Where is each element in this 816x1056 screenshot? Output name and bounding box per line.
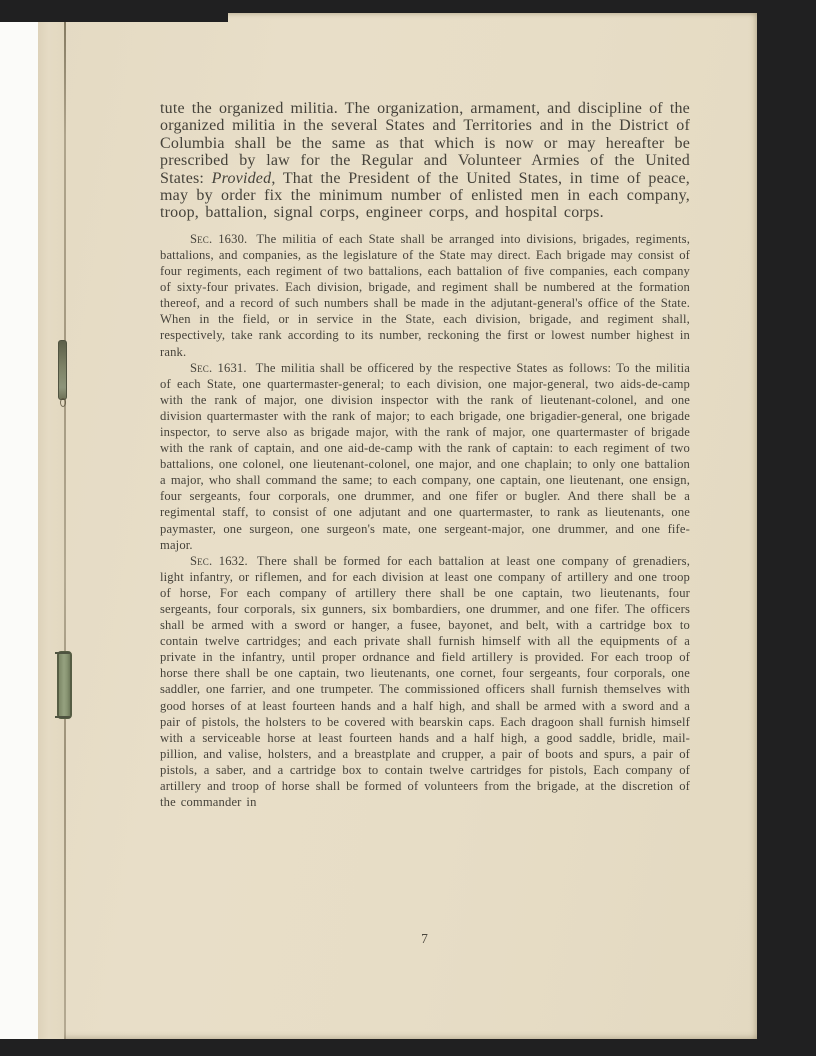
section-1632-paragraph: Sec. 1632.There shall be formed for each… — [160, 553, 690, 811]
intro-text-italic: Provided — [212, 170, 272, 187]
section-1630-paragraph: Sec. 1630.The militia of each State shal… — [160, 231, 690, 360]
section-1630-body: The militia of each State shall be arran… — [160, 232, 690, 359]
paragraph-intro: tute the organized militia. The organiza… — [160, 100, 690, 222]
section-1631-paragraph: Sec. 1631.The militia shall be officered… — [160, 360, 690, 553]
section-1632-body: There shall be formed for each battalion… — [160, 554, 690, 809]
scanner-frame-top-left-notch — [0, 0, 228, 22]
page-number: 7 — [160, 931, 690, 947]
section-1630-label: Sec. — [190, 232, 212, 246]
page-text-block: tute the organized militia. The organiza… — [160, 100, 690, 810]
section-1631-label: Sec. — [190, 361, 212, 375]
section-1630-number: 1630. — [218, 232, 247, 246]
scanner-frame-bottom — [0, 1039, 816, 1056]
section-1632-number: 1632. — [219, 554, 248, 568]
section-1631-number: 1631. — [218, 361, 247, 375]
page-fore-edge — [38, 13, 64, 1039]
section-1632-label: Sec. — [190, 554, 212, 568]
binding-stitch-lower — [57, 651, 72, 719]
gutter-crease — [64, 13, 66, 1039]
section-1631-body: The militia shall be officered by the re… — [160, 361, 690, 552]
scanner-frame-right — [757, 0, 816, 1056]
binding-stitch-upper — [58, 340, 67, 400]
book-page: tute the organized militia. The organiza… — [38, 13, 758, 1039]
